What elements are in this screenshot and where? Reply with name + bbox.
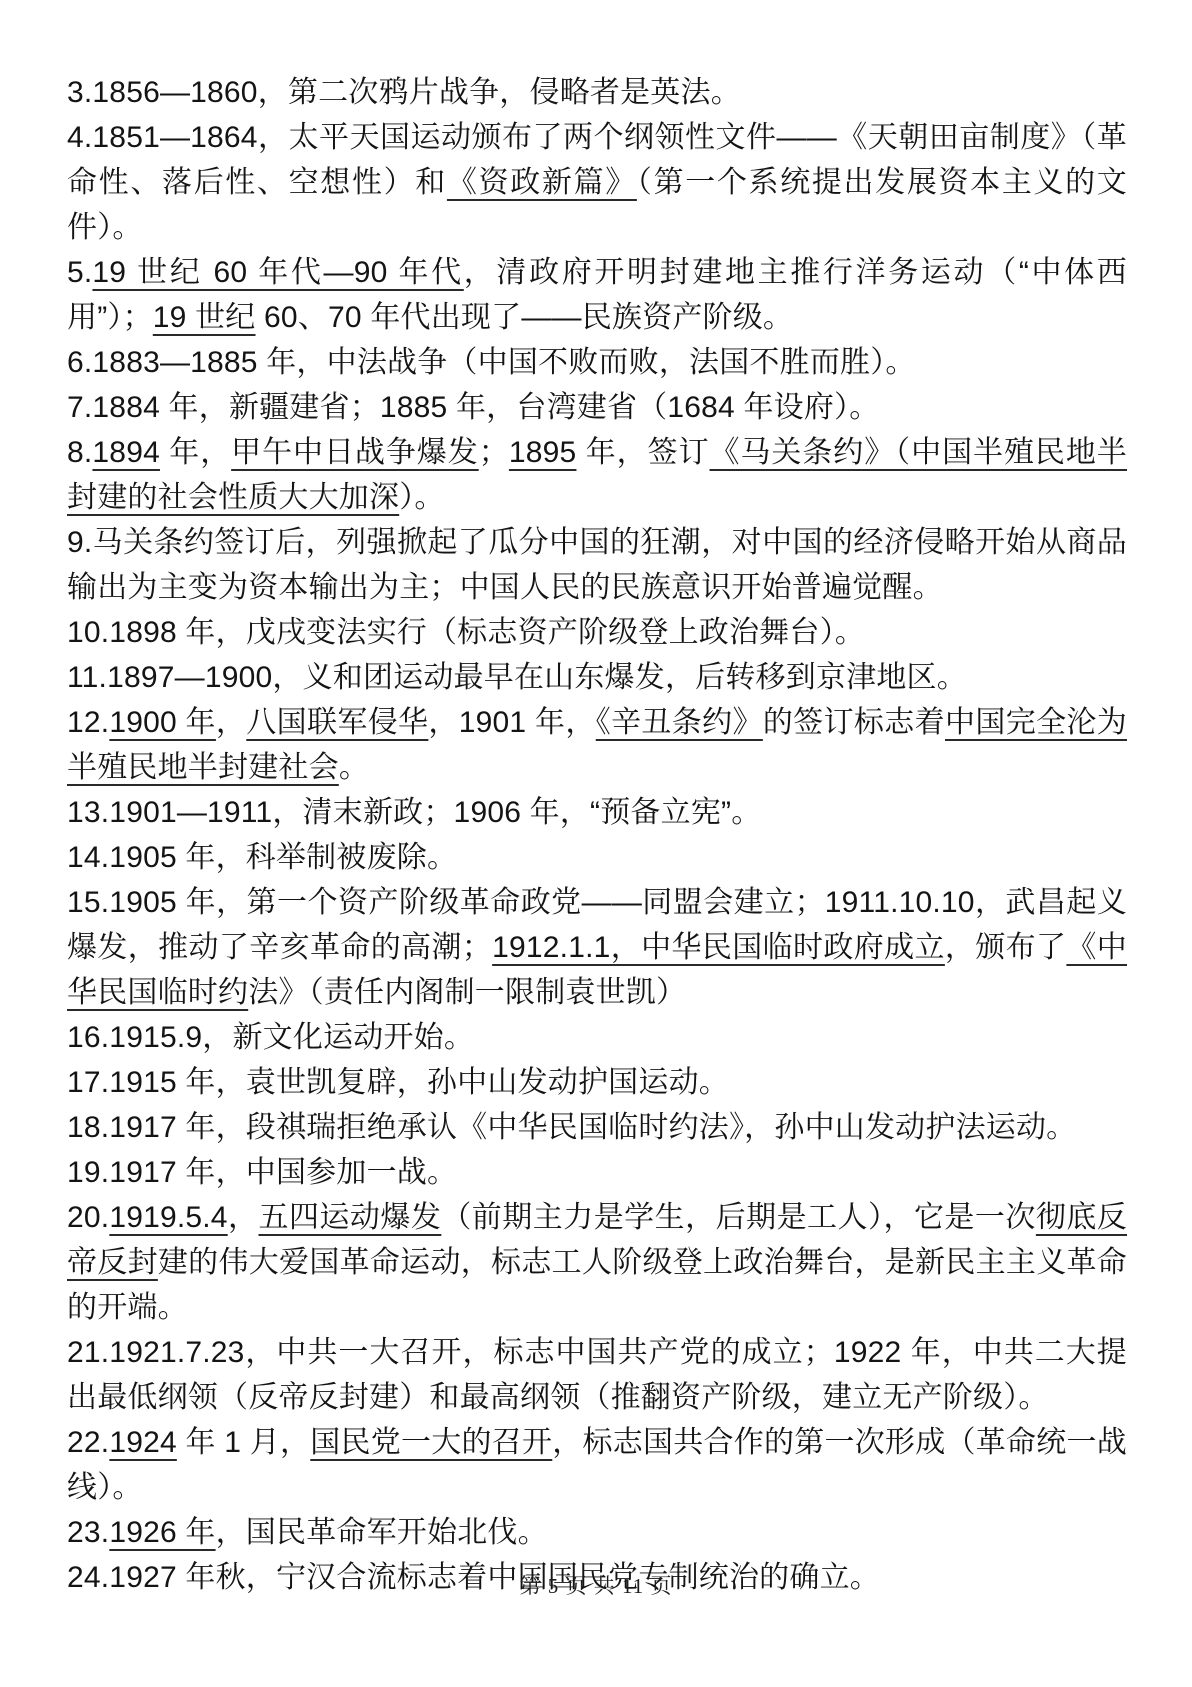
text-run: 11.1897—1900，义和团运动最早在山东爆发，后转移到京津地区。 <box>67 661 967 694</box>
document-body: 3.1856—1860，第二次鸦片战争，侵略者是英法。4.1851—1864，太… <box>67 70 1127 1600</box>
text-run: 6.1883—1885 年，中法战争（中国不败而败，法国不胜而胜）。 <box>67 346 916 379</box>
page-footer: 第 5 页 共 11 页 <box>0 1570 1192 1600</box>
underlined-text-run: 甲午中日战争爆发 <box>231 436 479 469</box>
text-run: 年 1 月， <box>177 1426 310 1459</box>
text-run: 22. <box>67 1426 109 1459</box>
text-run: ； <box>479 436 509 469</box>
list-item: 22.1924 年 1 月，国民党一大的召开，标志国共合作的第一次形成（革命统一… <box>67 1420 1127 1510</box>
text-run: 3.1856—1860，第二次鸦片战争，侵略者是英法。 <box>67 76 741 109</box>
underlined-text-run: 1894 <box>92 436 160 469</box>
underlined-text-run: 1926 年 <box>109 1516 215 1549</box>
underlined-text-run: 1895 <box>509 436 577 469</box>
text-run: 13.1901—1911，清末新政；1906 年，“预备立宪”。 <box>67 796 761 829</box>
text-run: 17.1915 年，袁世凯复辟，孙中山发动护国运动。 <box>67 1066 729 1099</box>
list-item: 6.1883—1885 年，中法战争（中国不败而败，法国不胜而胜）。 <box>67 340 1127 385</box>
text-run: 10.1898 年，戊戌变法实行（标志资产阶级登上政治舞台）。 <box>67 616 865 649</box>
underlined-text-run: 八国联军侵华 <box>246 706 428 739</box>
text-run: ， <box>228 1201 259 1234</box>
list-item: 9.马关条约签订后，列强掀起了瓜分中国的狂潮，对中国的经济侵略开始从商品输出为主… <box>67 520 1127 610</box>
text-run: 12. <box>67 706 109 739</box>
list-item: 3.1856—1860，第二次鸦片战争，侵略者是英法。 <box>67 70 1127 115</box>
text-run: 。 <box>339 751 369 784</box>
text-run: 建的伟大爱国革命运动，标志工人阶级登上政治舞台，是新民主主义革命的开端。 <box>67 1246 1127 1324</box>
list-item: 12.1900 年，八国联军侵华，1901 年，《辛丑条约》的签订标志着中国完全… <box>67 700 1127 790</box>
list-item: 20.1919.5.4，五四运动爆发（前期主力是学生，后期是工人），它是一次彻底… <box>67 1195 1127 1330</box>
text-run: 7.1884 年，新疆建省；1885 年，台湾建省（1684 年设府）。 <box>67 391 879 424</box>
list-item: 17.1915 年，袁世凯复辟，孙中山发动护国运动。 <box>67 1060 1127 1105</box>
text-run: 8. <box>67 436 92 469</box>
underlined-text-run: 1900 年 <box>109 706 216 739</box>
text-run: 19.1917 年，中国参加一战。 <box>67 1156 457 1189</box>
text-run: （前期主力是学生，后期是工人），它是一次 <box>441 1201 1036 1234</box>
underlined-text-run: 19 世纪 60 年代—90 年代 <box>92 256 463 289</box>
text-run: 法》（责任内阁制一限制袁世凯） <box>248 976 686 1009</box>
text-run: 14.1905 年，科举制被废除。 <box>67 841 457 874</box>
text-run: 5. <box>67 256 92 289</box>
underlined-text-run: 五四运动爆发 <box>258 1201 441 1234</box>
text-run: 的签订标志着 <box>763 706 945 739</box>
text-run: ，国民革命军开始北伐。 <box>216 1516 548 1549</box>
list-item: 10.1898 年，戊戌变法实行（标志资产阶级登上政治舞台）。 <box>67 610 1127 655</box>
list-item: 23.1926 年，国民革命军开始北伐。 <box>67 1510 1127 1555</box>
list-item: 7.1884 年，新疆建省；1885 年，台湾建省（1684 年设府）。 <box>67 385 1127 430</box>
underlined-text-run: 《资政新篇》 <box>447 166 637 199</box>
text-run: 18.1917 年，段祺瑞拒绝承认《中华民国临时约法》，孙中山发动护法运动。 <box>67 1111 1076 1144</box>
list-item: 8.1894 年，甲午中日战争爆发；1895 年，签订《马关条约》（中国半殖民地… <box>67 430 1127 520</box>
list-item: 14.1905 年，科举制被废除。 <box>67 835 1127 880</box>
text-run: 9.马关条约签订后，列强掀起了瓜分中国的狂潮，对中国的经济侵略开始从商品输出为主… <box>67 526 1127 604</box>
list-item: 5.19 世纪 60 年代—90 年代，清政府开明封建地主推行洋务运动（“中体西… <box>67 250 1127 340</box>
underlined-text-run: 1912.1.1，中华民国临时政府成立 <box>492 931 945 964</box>
underlined-text-run: 《辛丑条约》 <box>596 706 763 739</box>
page-number: 第 5 页 共 11 页 <box>520 1574 673 1598</box>
list-item: 16.1915.9，新文化运动开始。 <box>67 1015 1127 1060</box>
document-page: 3.1856—1860，第二次鸦片战争，侵略者是英法。4.1851—1864，太… <box>0 0 1192 1687</box>
text-run: 20. <box>67 1201 109 1234</box>
list-item: 19.1917 年，中国参加一战。 <box>67 1150 1127 1195</box>
list-item: 13.1901—1911，清末新政；1906 年，“预备立宪”。 <box>67 790 1127 835</box>
text-run: 23. <box>67 1516 109 1549</box>
list-item: 4.1851—1864，太平天国运动颁布了两个纲领性文件——《天朝田亩制度》（革… <box>67 115 1127 250</box>
text-run: ， <box>216 706 246 739</box>
underlined-text-run: 国民党一大的召开 <box>310 1426 552 1459</box>
underlined-text-run: 1919.5.4 <box>109 1201 227 1234</box>
underlined-text-run: 1924 <box>109 1426 177 1459</box>
list-item: 21.1921.7.23，中共一大召开，标志中国共产党的成立；1922 年，中共… <box>67 1330 1127 1420</box>
text-run: 16.1915.9，新文化运动开始。 <box>67 1021 474 1054</box>
list-item: 15.1905 年，第一个资产阶级革命政党——同盟会建立；1911.10.10，… <box>67 880 1127 1015</box>
text-run: 年，签订 <box>576 436 709 469</box>
list-item: 18.1917 年，段祺瑞拒绝承认《中华民国临时约法》，孙中山发动护法运动。 <box>67 1105 1127 1150</box>
text-run: ，颁布了 <box>945 931 1067 964</box>
text-run: 60、70 年代出现了——民族资产阶级。 <box>256 301 794 334</box>
underlined-text-run: 19 世纪 <box>153 301 256 334</box>
list-item: 11.1897—1900，义和团运动最早在山东爆发，后转移到京津地区。 <box>67 655 1127 700</box>
text-run: 21.1921.7.23，中共一大召开，标志中国共产党的成立；1922 年，中共… <box>67 1336 1127 1414</box>
text-run: 年， <box>160 436 231 469</box>
text-run: ）。 <box>399 481 444 514</box>
text-run: ，1901 年， <box>428 706 595 739</box>
